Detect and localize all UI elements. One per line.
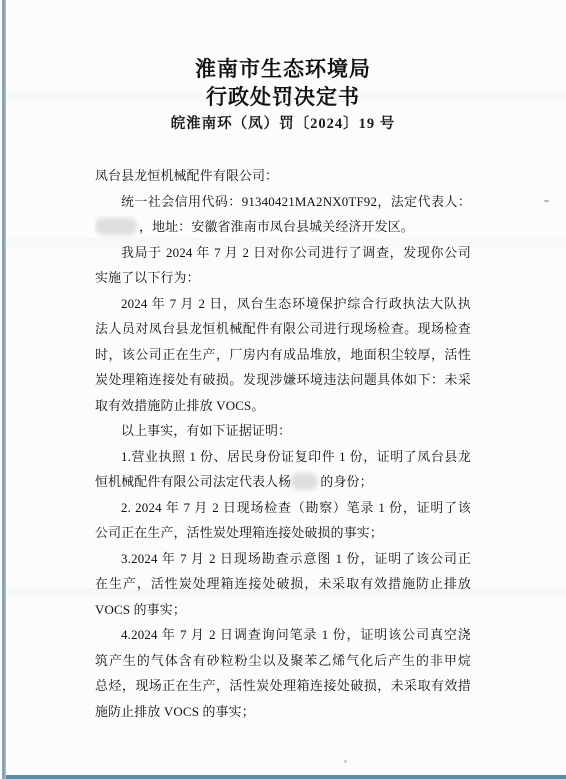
text-segment: 总烃，现场正在生产，活性炭处理箱连接处破损，未采取有效措 bbox=[95, 679, 471, 693]
text-segment: 公司正在生产，活性炭处理箱连接处破损的事实； bbox=[95, 526, 383, 540]
text-segment: 以上事实，有如下证据证明： bbox=[121, 424, 291, 438]
text-segment: 时，该公司正在生产，厂房内有成品堆放，地面积尘较厚，活性 bbox=[95, 348, 471, 362]
text-line-8: 时，该公司正在生产，厂房内有成品堆放，地面积尘较厚，活性 bbox=[95, 343, 471, 369]
document-title: 淮南市生态环境局 行政处罚决定书 bbox=[0, 56, 566, 111]
redacted-legal-rep-name-1 bbox=[95, 218, 137, 235]
text-line-11: 以上事实，有如下证据证明： bbox=[95, 419, 471, 445]
text-line-4: 我局于 2024 年 7 月 2 日对你公司进行了调查，发现你公司 bbox=[95, 241, 471, 267]
text-segment: 恒机械配件有限公司法定代表人杨 bbox=[95, 475, 291, 489]
text-segment: 1.营业执照 1 份、居民身份证复印件 1 份，证明了凤台县龙 bbox=[121, 450, 471, 464]
text-segment: 统一社会信用代码：91340421MA2NX0TF92，法定代表人：杨 bbox=[95, 195, 471, 216]
text-segment: 2. 2024 年 7 月 2 日现场检查（勘察）笔录 1 份，证明了该 bbox=[121, 501, 471, 515]
issuing-authority-title: 淮南市生态环境局 bbox=[0, 56, 566, 84]
text-line-21: 总烃，现场正在生产，活性炭处理箱连接处破损，未采取有效措 bbox=[95, 674, 471, 700]
document-type-title: 行政处罚决定书 bbox=[0, 84, 566, 112]
text-line-7: 法人员对凤台县龙恒机械配件有限公司进行现场检查。现场检查 bbox=[95, 317, 471, 343]
text-line-5: 实施了以下行为： bbox=[95, 266, 471, 292]
text-segment: 实施了以下行为： bbox=[95, 271, 200, 285]
text-segment: 我局于 2024 年 7 月 2 日对你公司进行了调查，发现你公司 bbox=[121, 246, 471, 260]
text-segment: 的身份； bbox=[320, 475, 372, 489]
text-segment: 4.2024 年 7 月 2 日调查询问笔录 1 份，证明该公司真空浇 bbox=[121, 628, 471, 642]
text-segment: 筑产生的气体含有砂粒粉尘以及聚苯乙烯气化后产生的非甲烷 bbox=[95, 654, 471, 668]
text-line-19: 4.2024 年 7 月 2 日调查询问笔录 1 份，证明该公司真空浇 bbox=[95, 623, 471, 649]
scan-speck bbox=[544, 200, 549, 202]
text-line-16: 3.2024 年 7 月 2 日现场勘查示意图 1 份，证明了该公司正 bbox=[95, 547, 471, 573]
text-line-20: 筑产生的气体含有砂粒粉尘以及聚苯乙烯气化后产生的非甲烷 bbox=[95, 649, 471, 675]
text-segment: 施防止排放 VOCS 的事实； bbox=[95, 705, 255, 719]
text-line-9: 炭处理箱连接处有破损。发现涉嫌环境违法问题具体如下：未采 bbox=[95, 368, 471, 394]
text-segment: 取有效措施防止排放 VOCS。 bbox=[95, 399, 265, 413]
text-line-15: 公司正在生产，活性炭处理箱连接处破损的事实； bbox=[95, 521, 471, 547]
text-line-17: 在生产，活性炭处理箱连接处破损，未采取有效措施防止排放 bbox=[95, 572, 471, 598]
text-segment: 法人员对凤台县龙恒机械配件有限公司进行现场检查。现场检查 bbox=[95, 322, 471, 336]
redacted-legal-rep-name-2 bbox=[291, 473, 318, 490]
scan-speck bbox=[344, 760, 347, 763]
text-line-6: 2024 年 7 月 2 日，凤台生态环境保护综合行政执法大队执 bbox=[95, 292, 471, 318]
scan-bottom-edge-line bbox=[6, 775, 566, 779]
text-segment: 2024 年 7 月 2 日，凤台生态环境保护综合行政执法大队执 bbox=[121, 297, 471, 311]
text-segment: 3.2024 年 7 月 2 日现场勘查示意图 1 份，证明了该公司正 bbox=[121, 552, 471, 566]
text-line-12: 1.营业执照 1 份、居民身份证复印件 1 份，证明了凤台县龙 bbox=[95, 445, 471, 471]
text-line-14: 2. 2024 年 7 月 2 日现场检查（勘察）笔录 1 份，证明了该 bbox=[95, 496, 471, 522]
text-segment: ，地址：安徽省淮南市凤台县城关经济开发区。 bbox=[139, 220, 414, 234]
text-segment: 凤台县龙恒机械配件有限公司： bbox=[95, 169, 278, 183]
document-number: 皖淮南环（凤）罚〔2024〕19 号 bbox=[0, 113, 566, 135]
text-line-1: 凤台县龙恒机械配件有限公司： bbox=[95, 164, 471, 190]
text-line-10: 取有效措施防止排放 VOCS。 bbox=[95, 394, 471, 420]
text-segment: VOCS 的事实； bbox=[95, 603, 186, 617]
document-body: 凤台县龙恒机械配件有限公司：统一社会信用代码：91340421MA2NX0TF9… bbox=[95, 164, 471, 725]
text-segment: 炭处理箱连接处有破损。发现涉嫌环境违法问题具体如下：未采 bbox=[95, 373, 471, 387]
text-line-22: 施防止排放 VOCS 的事实； bbox=[95, 700, 471, 726]
text-line-2: 统一社会信用代码：91340421MA2NX0TF92，法定代表人：杨 bbox=[95, 190, 471, 216]
text-line-3: ，地址：安徽省淮南市凤台县城关经济开发区。 bbox=[95, 215, 471, 241]
text-line-18: VOCS 的事实； bbox=[95, 598, 471, 624]
text-segment: 在生产，活性炭处理箱连接处破损，未采取有效措施防止排放 bbox=[95, 577, 471, 591]
text-line-13: 恒机械配件有限公司法定代表人杨的身份； bbox=[95, 470, 471, 496]
